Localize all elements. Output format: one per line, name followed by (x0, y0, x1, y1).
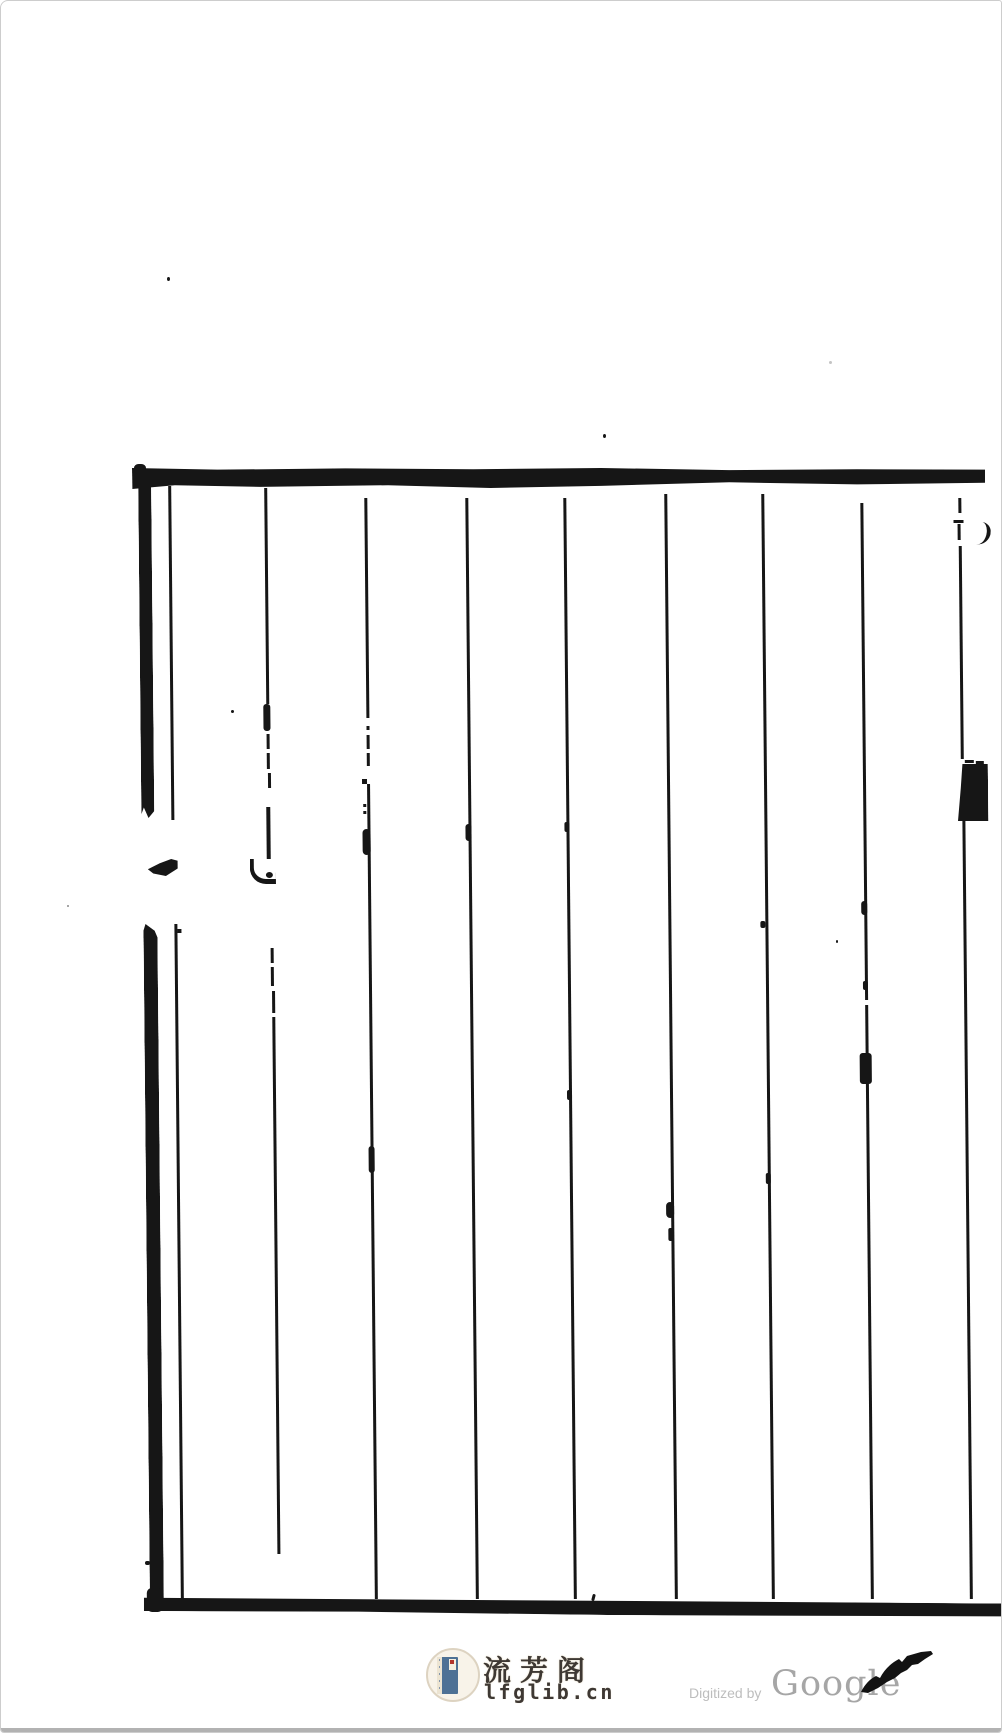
column-line-9-seg (962, 821, 972, 1599)
ink-tick (958, 524, 961, 540)
column-line-5 (563, 498, 577, 1599)
digitized-by-label: Digitized by (689, 1685, 761, 1701)
ink-dash (272, 1017, 275, 1041)
ink-hook-mark (250, 859, 276, 884)
ink-dash (367, 735, 370, 749)
column-line-2-seg (266, 807, 270, 859)
left-border-upper (138, 470, 154, 818)
ink-dash (367, 753, 370, 766)
dust-speck (603, 434, 606, 438)
column-line-6 (664, 494, 678, 1599)
ink-wedge-blob (148, 859, 178, 876)
ink-tick (863, 981, 868, 990)
ink-dash (366, 726, 369, 730)
text-frame (132, 468, 996, 1614)
dust-speck (67, 905, 69, 907)
column-line-8-seg (860, 503, 868, 1000)
ink-dash (272, 991, 275, 1013)
column-line-9-seg (958, 498, 961, 513)
ink-dash (267, 753, 270, 769)
ink-comma-mark (975, 521, 992, 545)
ink-blob (666, 1202, 674, 1218)
ink-dash (267, 734, 270, 749)
ink-blob (266, 872, 273, 878)
ink-tick (760, 921, 765, 928)
book-title-label (449, 1659, 456, 1670)
column-line-2-seg (264, 488, 269, 704)
column-line-7 (761, 494, 775, 1599)
inner-margin-line-upper (168, 486, 174, 820)
ink-dot (363, 804, 366, 807)
left-border-lower (143, 924, 163, 1600)
ink-swoosh-blob (857, 1651, 935, 1696)
dust-speck (829, 361, 832, 364)
dust-speck (231, 710, 234, 713)
dust-speck (836, 940, 838, 943)
ink-blob (465, 824, 471, 841)
scan-edge-band (1, 1728, 1001, 1733)
column-line-8-seg (865, 1005, 874, 1599)
ink-dash (268, 773, 271, 788)
red-seal-icon (450, 1660, 454, 1664)
top-border-bar (132, 468, 985, 489)
ink-blob (567, 1090, 572, 1100)
bottom-border-bar (144, 1596, 1002, 1618)
ink-blob (861, 901, 867, 915)
ink-dot (363, 811, 366, 814)
ink-blob (362, 829, 370, 855)
ink-dash (976, 761, 984, 764)
watermark-logo (426, 1648, 480, 1702)
scanned-page: 流芳阁 lfglib.cn Digitized by Google (0, 0, 1002, 1733)
book-spine-stitching (437, 1657, 442, 1694)
ink-blob (263, 704, 270, 731)
corner-lump (147, 1588, 163, 1612)
column-line-3-seg (364, 498, 369, 718)
column-line-3-seg (367, 784, 378, 1599)
watermark-site-url: lfglib.cn (484, 1680, 615, 1704)
inner-margin-line-lower (174, 924, 183, 1600)
ink-dash (965, 760, 974, 763)
ink-dash (271, 948, 274, 963)
dust-speck (167, 277, 170, 281)
ink-blob (766, 1173, 771, 1184)
book-cover-icon (437, 1657, 458, 1694)
ink-tick (145, 1561, 150, 1565)
ink-tick (177, 929, 181, 933)
column-line-2-seg (273, 1041, 281, 1554)
ink-blob-large (860, 1053, 872, 1084)
column-line-9-seg (959, 546, 964, 759)
column-line-4 (465, 498, 479, 1599)
ink-blob (668, 1228, 673, 1241)
ink-blob-large (957, 764, 989, 821)
ink-blob (369, 1146, 375, 1173)
ink-dash (271, 967, 274, 986)
ink-blob (564, 822, 569, 832)
ink-tick (953, 520, 963, 523)
